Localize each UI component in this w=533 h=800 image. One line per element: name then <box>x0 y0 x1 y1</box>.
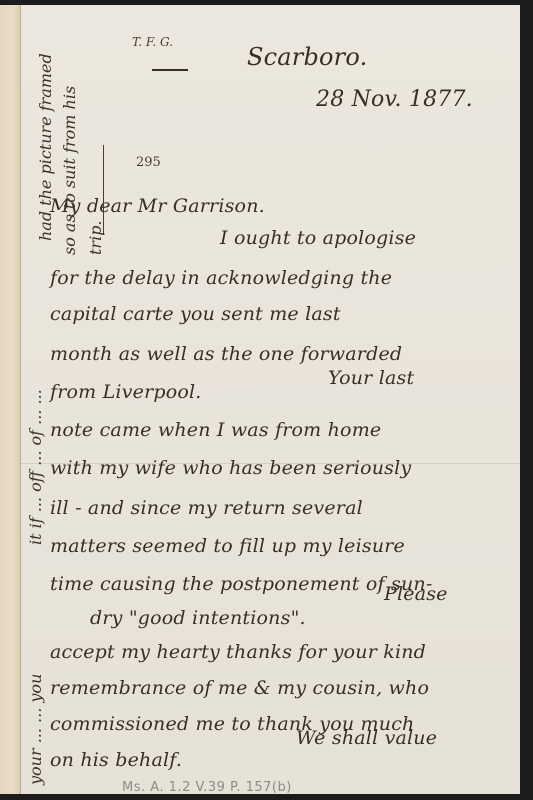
body-line-15: remembrance of me & my cousin, who <box>50 677 429 699</box>
letter-place: Scarboro. <box>247 43 367 71</box>
margin-note-line-5: your ... ... you <box>26 674 45 785</box>
body-line-4: month as well as the one forwarded <box>50 343 402 365</box>
letter-page: T. F. G. Scarboro. 28 Nov. 1877. 295 My … <box>0 5 520 794</box>
archival-label: Ms. A. 1.2 V.39 P. 157(b) <box>122 780 292 794</box>
body-line-9: ill - and since my return several <box>50 497 363 519</box>
body-line-1: I ought to apologise <box>220 227 416 249</box>
body-line-12: dry "good intentions". <box>90 607 306 629</box>
salutation: My dear Mr Garrison. <box>50 195 265 217</box>
letter-date: 28 Nov. 1877. <box>316 87 473 112</box>
body-line-5: from Liverpool. <box>50 381 202 403</box>
body-line-2: for the delay in acknowledging the <box>50 267 392 289</box>
body-line-8: with my wife who has been seriously <box>50 457 411 479</box>
scan-frame: T. F. G. Scarboro. 28 Nov. 1877. 295 My … <box>0 0 533 800</box>
folio-number: 295 <box>136 155 161 170</box>
body-line-18: We shall value <box>296 727 437 749</box>
body-line-17: on his behalf. <box>50 749 182 771</box>
margin-note-line-2: so as to suit from his <box>60 86 79 255</box>
body-line-10: matters seemed to fill up my leisure <box>50 535 405 557</box>
body-line-11: time causing the postponement of sun- <box>50 573 432 595</box>
margin-note-line-3: trip. <box>86 220 105 255</box>
header-marking: T. F. G. <box>132 35 173 49</box>
body-line-3: capital carte you sent me last <box>50 303 341 325</box>
margin-note-line-4: it if ... off ... of ... ... <box>26 389 45 545</box>
margin-note-line-1: had the picture framed <box>36 53 55 241</box>
body-line-6: Your last <box>328 367 414 389</box>
body-line-7: note came when I was from home <box>50 419 381 441</box>
binding-stub <box>0 5 21 794</box>
header-marking-flourish <box>152 69 188 71</box>
body-line-13: Please <box>384 583 448 605</box>
body-line-14: accept my hearty thanks for your kind <box>50 641 426 663</box>
